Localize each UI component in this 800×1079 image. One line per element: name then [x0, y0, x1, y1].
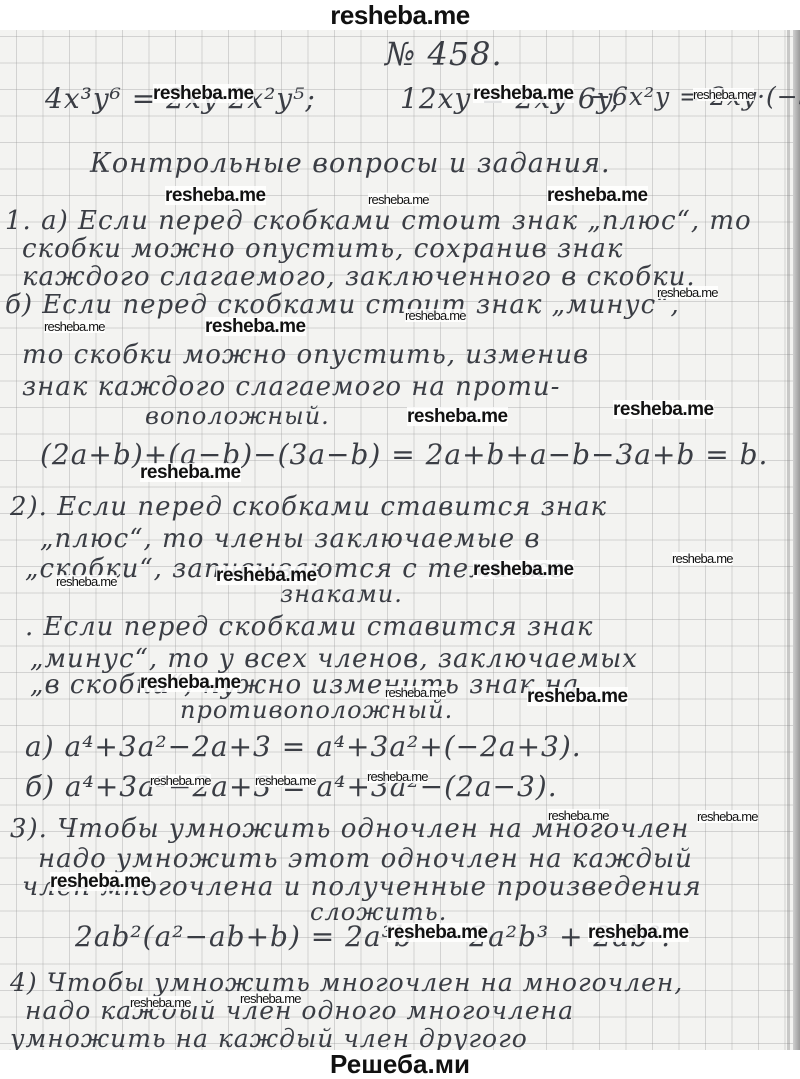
watermark: resheba.me — [130, 996, 191, 1009]
watermark: resheba.me — [140, 463, 241, 482]
watermark: resheba.me — [56, 575, 117, 588]
site-header-watermark: resheba.me — [0, 0, 800, 30]
watermark: resheba.me — [150, 774, 211, 787]
section-title: Контрольные вопросы и задания. — [90, 148, 611, 179]
watermark: resheba.me — [385, 686, 446, 699]
q3-line-2: надо умножить этот одночлен на каждый — [38, 844, 693, 874]
watermark: resheba.me — [50, 872, 151, 891]
watermark: resheba.me — [255, 774, 316, 787]
watermark: resheba.me — [44, 320, 105, 333]
q1-a-line-1: 1. а) Если перед скобками стоит знак „пл… — [5, 206, 752, 236]
watermark: resheba.me — [473, 84, 574, 103]
watermark: resheba.me — [657, 286, 718, 299]
q1-b-line-3: знак каждого слагаемого на проти- — [22, 372, 560, 402]
q2-line-8: противоположный. — [180, 696, 453, 724]
watermark: resheba.me — [153, 84, 254, 103]
margin-line — [787, 30, 790, 1050]
watermark: resheba.me — [387, 923, 488, 942]
q1-b-line-4: воположный. — [145, 402, 330, 430]
watermark: resheba.me — [367, 770, 428, 783]
q2-line-2: „плюс“, то члены заключаемые в — [40, 524, 541, 554]
watermark: resheba.me — [205, 317, 306, 336]
q4-line-1: 4) Чтобы умножить многочлен на многочлен… — [10, 968, 683, 997]
notebook-page: № 458. 4x³y⁶ = 2xy·2x²y⁵; 12xy = 2xy·6y,… — [0, 30, 800, 1050]
watermark: resheba.me — [473, 560, 574, 579]
watermark: resheba.me — [140, 673, 241, 692]
watermark: resheba.me — [527, 687, 628, 706]
watermark: resheba.me — [407, 407, 508, 426]
watermark: resheba.me — [216, 566, 317, 585]
watermark: resheba.me — [548, 809, 609, 822]
q1-b-line-2: то скобки можно опустить, изменив — [22, 340, 589, 370]
watermark: resheba.me — [405, 309, 466, 322]
q2-line-1: 2). Если перед скобками ставится знак — [10, 492, 607, 522]
watermark: resheba.me — [240, 992, 301, 1005]
q3-example: 2ab²(a²−ab+b) = 2a³b² − 2a²b³ + 2ab³. — [75, 920, 671, 953]
q4-line-3: умножить на каждый член другого — [10, 1024, 528, 1050]
q1-a-line-3: каждого слагаемого, заключенного в скобк… — [22, 262, 696, 292]
watermark: resheba.me — [613, 400, 714, 419]
q2-example-a: а) a⁴+3a²−2a+3 = a⁴+3a²+(−2a+3). — [25, 730, 582, 763]
page-edge-shadow — [793, 30, 800, 1050]
watermark: resheba.me — [165, 186, 266, 205]
q1-b-line-1: б) Если перед скобками стоит знак „минус… — [5, 290, 680, 320]
watermark: resheba.me — [693, 88, 754, 101]
watermark: resheba.me — [547, 186, 648, 205]
watermark: resheba.me — [672, 552, 733, 565]
q2-line-5: . Если перед скобками ставится знак — [25, 612, 593, 642]
q1-a-line-2: скобки можно опустить, сохранив знак — [22, 234, 623, 264]
problem-number: № 458. — [385, 35, 503, 73]
watermark: resheba.me — [697, 810, 758, 823]
watermark: resheba.me — [588, 923, 689, 942]
watermark: resheba.me — [368, 193, 429, 206]
site-footer-watermark: Решеба.ми — [0, 1050, 800, 1079]
